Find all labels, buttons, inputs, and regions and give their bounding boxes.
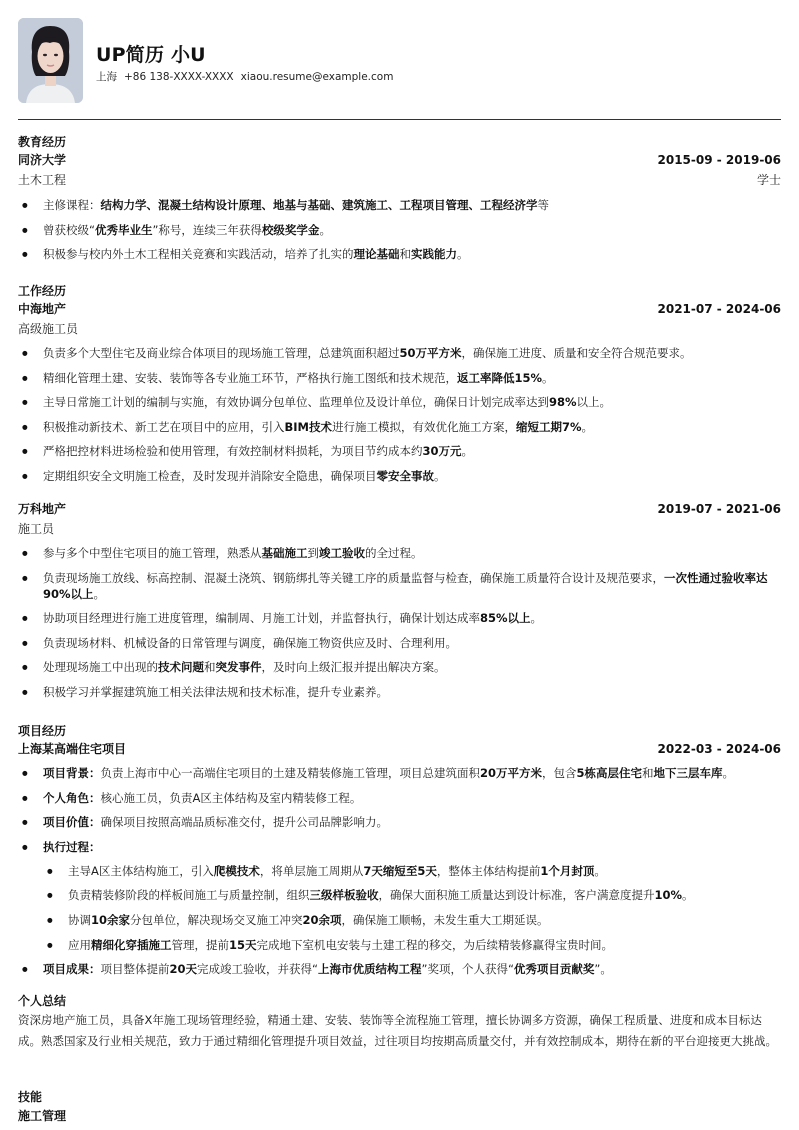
skills-section: 技能 施工管理 (18, 1089, 781, 1124)
contact-city: 上海 (96, 71, 117, 83)
candidate-name: UP简历 小U (96, 40, 206, 67)
sub-bullet-item: 应用精细化穿插施工管理，提前15天完成地下室机电安装与土建工程的移交，为后续精装… (43, 937, 781, 953)
resume-page: UP简历 小U 上海+86 138-XXXX-XXXXxiaou.resume@… (0, 0, 799, 1130)
bullet-item: 严格把控材料进场检验和使用管理，有效控制材料损耗，为项目节约成本约30万元。 (18, 443, 781, 459)
header-divider (18, 119, 781, 120)
job-period: 2021-07 - 2024-06 (658, 301, 782, 317)
contact-info: 上海+86 138-XXXX-XXXXxiaou.resume@example.… (96, 69, 400, 84)
bullet-item: 协助项目经理进行施工进度管理，编制周、月施工计划，并监督执行，确保计划达成率85… (18, 610, 781, 626)
project-bullets: 项目背景：负责上海市中心一高端住宅项目的土建及精装修施工管理，项目总建筑面积20… (18, 765, 781, 977)
bullet-item: 项目价值：确保项目按照高端品质标准交付，提升公司品牌影响力。 (18, 814, 781, 830)
project-name: 上海某高端住宅项目 (18, 741, 126, 757)
job-role: 施工员 (18, 521, 54, 537)
bullet-item: 积极参与校内外土木工程相关竞赛和实践活动，培养了扎实的理论基础和实践能力。 (18, 246, 781, 262)
bullet-item: 精细化管理土建、安装、装饰等各专业施工环节，严格执行施工图纸和技术规范，返工率降… (18, 370, 781, 386)
section-title-education: 教育经历 (18, 134, 781, 150)
school-name: 同济大学 (18, 152, 66, 168)
company-name: 中海地产 (18, 301, 66, 317)
work-entry-2: 万科地产 2019-07 - 2021-06 施工员 参与多个中型住宅项目的施工… (18, 501, 781, 709)
section-title-summary: 个人总结 (18, 993, 781, 1009)
profile-photo (18, 18, 83, 103)
major: 土木工程 (18, 172, 66, 188)
projects-section: 项目经历 上海某高端住宅项目 2022-03 - 2024-06 项目背景：负责… (18, 723, 781, 986)
job-bullets: 负责多个大型住宅及商业综合体项目的现场施工管理，总建筑面积超过50万平方米，确保… (18, 345, 781, 484)
company-name: 万科地产 (18, 501, 66, 517)
bullet-item: 处理现场施工中出现的技术问题和突发事件，及时向上级汇报并提出解决方案。 (18, 659, 781, 675)
bullet-item: 积极学习并掌握建筑施工相关法律法规和技术标准，提升专业素养。 (18, 684, 781, 700)
bullet-item: 个人角色：核心施工员，负责A区主体结构及室内精装修工程。 (18, 790, 781, 806)
bullet-item: 执行过程：主导A区主体结构施工，引入爬模技术，将单层施工周期从7天缩短至5天，整… (18, 839, 781, 953)
job-role: 高级施工员 (18, 321, 78, 337)
summary-text: 资深房地产施工员，具备X年施工现场管理经验，精通土建、安装、装饰等全流程施工管理… (18, 1010, 781, 1052)
bullet-item: 负责现场材料、机械设备的日常管理与调度，确保施工物资供应及时、合理利用。 (18, 635, 781, 651)
education-school-row: 同济大学 2015-09 - 2019-06 (18, 152, 781, 168)
summary-section: 个人总结 资深房地产施工员，具备X年施工现场管理经验，精通土建、安装、装饰等全流… (18, 993, 781, 1052)
sub-bullet-item: 负责精装修阶段的样板间施工与质量控制，组织三级样板验收，确保大面积施工质量达到设… (43, 887, 781, 903)
job-role-row: 施工员 (18, 521, 781, 537)
job-header-row: 万科地产 2019-07 - 2021-06 (18, 501, 781, 517)
bullet-item: 项目背景：负责上海市中心一高端住宅项目的土建及精装修施工管理，项目总建筑面积20… (18, 765, 781, 781)
sub-bullet-item: 主导A区主体结构施工，引入爬模技术，将单层施工周期从7天缩短至5天，整体主体结构… (43, 863, 781, 879)
bullet-item: 负责多个大型住宅及商业综合体项目的现场施工管理，总建筑面积超过50万平方米，确保… (18, 345, 781, 361)
job-header-row: 中海地产 2021-07 - 2024-06 (18, 301, 781, 317)
bullet-item: 项目成果：项目整体提前20天完成竣工验收，并获得“上海市优质结构工程”奖项，个人… (18, 961, 781, 977)
section-title-skills: 技能 (18, 1089, 781, 1105)
section-title-projects: 项目经历 (18, 723, 781, 739)
job-period: 2019-07 - 2021-06 (658, 501, 782, 517)
bullet-item: 负责现场施工放线、标高控制、混凝土浇筑、钢筋绑扎等关键工序的质量监督与检查，确保… (18, 570, 781, 602)
bullet-item: 主修课程：结构力学、混凝土结构设计原理、地基与基础、建筑施工、工程项目管理、工程… (18, 197, 781, 213)
bullet-item: 主导日常施工计划的编制与实施，有效协调分包单位、监理单位及设计单位，确保日计划完… (18, 394, 781, 410)
sub-bullet-list: 主导A区主体结构施工，引入爬模技术，将单层施工周期从7天缩短至5天，整体主体结构… (43, 863, 781, 953)
bullet-item: 曾获校级“优秀毕业生”称号，连续三年获得校级奖学金。 (18, 222, 781, 238)
education-major-row: 土木工程 学士 (18, 172, 781, 188)
job-bullets: 参与多个中型住宅项目的施工管理，熟悉从基础施工到竣工验收的全过程。负责现场施工放… (18, 545, 781, 700)
education-bullets: 主修课程：结构力学、混凝土结构设计原理、地基与基础、建筑施工、工程项目管理、工程… (18, 197, 781, 262)
job-role-row: 高级施工员 (18, 321, 781, 337)
bullet-item: 定期组织安全文明施工检查，及时发现并消除安全隐患，确保项目零安全事故。 (18, 468, 781, 484)
bullet-item: 积极推动新技术、新工艺在项目中的应用，引入BIM技术进行施工模拟，有效优化施工方… (18, 419, 781, 435)
resume-header: UP简历 小U 上海+86 138-XXXX-XXXXxiaou.resume@… (18, 18, 781, 104)
skill-group-title: 施工管理 (18, 1108, 781, 1124)
degree: 学士 (757, 172, 781, 188)
contact-phone: +86 138-XXXX-XXXX (124, 71, 234, 83)
work-section: 工作经历 中海地产 2021-07 - 2024-06 高级施工员 负责多个大型… (18, 283, 781, 493)
education-section: 教育经历 同济大学 2015-09 - 2019-06 土木工程 学士 主修课程… (18, 134, 781, 271)
project-period: 2022-03 - 2024-06 (658, 741, 782, 757)
bullet-item: 参与多个中型住宅项目的施工管理，熟悉从基础施工到竣工验收的全过程。 (18, 545, 781, 561)
section-title-work: 工作经历 (18, 283, 781, 299)
education-period: 2015-09 - 2019-06 (658, 152, 782, 168)
contact-email: xiaou.resume@example.com (241, 71, 394, 83)
project-header-row: 上海某高端住宅项目 2022-03 - 2024-06 (18, 741, 781, 757)
sub-bullet-item: 协调10余家分包单位，解决现场交叉施工冲突20余项，确保施工顺畅，未发生重大工期… (43, 912, 781, 928)
